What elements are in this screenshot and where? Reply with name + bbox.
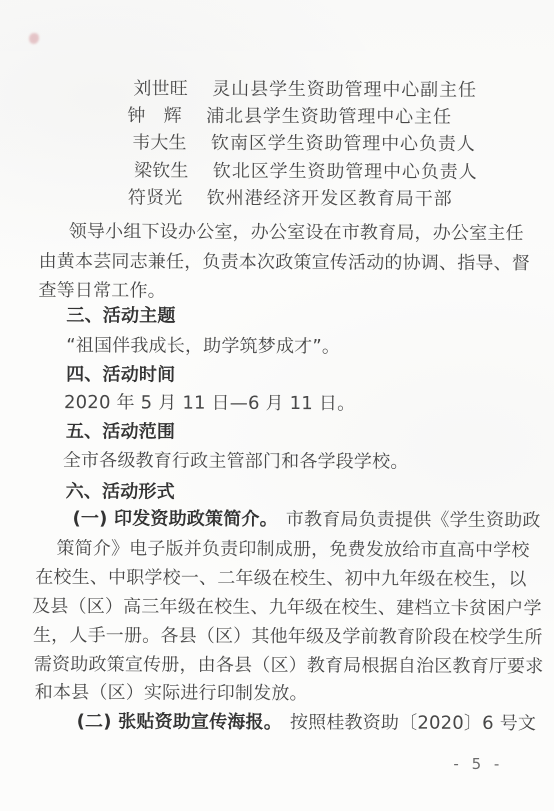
official-title: 钦州港经济开发区教育局干部 [207,188,453,210]
item1-line: 在校生、中职学校一、二年级在校生、初中九年级在校生，以 [35,567,526,590]
official-title: 钦南区学生资助管理中心负责人 [211,133,476,155]
official-name: 梁钦生 [134,160,190,181]
official-title: 钦北区学生资助管理中心负责人 [213,161,478,183]
document-content: 刘世旺 灵山县学生资助管理中心副主任 钟 辉 浦北县学生资助管理中心主任 韦大生… [0,0,554,811]
item1-line: 和本县（区）实际进行印制发放。 [35,682,308,704]
paragraph-line: 查等日常工作。 [38,280,165,302]
official-title: 灵山县学生资助管理中心副主任 [212,79,477,101]
item2-lead-bold: (二) 张贴资助宣传海报。 [77,711,282,733]
page-number: - 5 - [453,755,503,773]
section-heading-theme: 三、活动主题 [66,305,175,326]
section-heading-format: 六、活动形式 [66,481,175,502]
official-name: 刘世旺 [133,78,189,99]
item2-lead-line: (二) 张贴资助宣传海报。按照桂教资助〔2020〕6 号文 [77,711,537,734]
item1-line: 策简介》电子版并负责印制成册，免费发放给市直高中学校 [56,538,529,561]
item1-lead-line: (一) 印发资助政策简介。市教育局负责提供《学生资助政 [72,508,540,531]
time-text: 2020 年 5 月 11 日—6 月 11 日。 [64,392,355,414]
scanned-document-page: 刘世旺 灵山县学生资助管理中心副主任 钟 辉 浦北县学生资助管理中心主任 韦大生… [0,0,554,811]
paragraph-line: 由黄本芸同志兼任，负责本次政策宣传活动的协调、指导、督 [39,251,530,274]
official-row: 梁钦生 钦北区学生资助管理中心负责人 [134,160,478,182]
official-name: 韦大生 [132,132,188,153]
official-name: 符贤光 [128,187,184,208]
item1-line: 需资助政策宣传册，由各县（区）教育局根据自治区教育厅要求 [34,654,544,677]
official-row: 刘世旺 灵山县学生资助管理中心副主任 [133,78,477,100]
paragraph-line: 领导小组下设办公室，办公室设在市教育局，办公室主任 [69,221,524,244]
official-title: 浦北县学生资助管理中心主任 [206,106,452,128]
official-row: 韦大生 钦南区学生资助管理中心负责人 [132,132,476,154]
official-name: 钟 辉 [127,105,183,126]
item2-lead-rest: 按照桂教资助〔2020〕6 号文 [290,712,536,734]
scope-text: 全市各级教育行政主管部门和各学段学校。 [63,450,409,473]
item1-lead-bold: (一) 印发资助政策简介。 [72,508,277,530]
official-row: 钟 辉 浦北县学生资助管理中心主任 [127,105,452,127]
theme-text: “祖国伴我成长，助学筑梦成才”。 [66,335,340,357]
official-row: 符贤光 钦州港经济开发区教育局干部 [128,187,453,209]
section-heading-scope: 五、活动范围 [66,421,175,442]
item1-line: 生，人手一册。各县（区）其他年级及学前教育阶段在校学生所 [33,625,543,648]
item1-line: 及县（区）高三年级在校生、九年级在校生、建档立卡贫困户学 [32,596,542,619]
section-heading-time: 四、活动时间 [66,364,175,385]
item1-lead-rest: 市教育局负责提供《学生资助政 [286,509,541,531]
